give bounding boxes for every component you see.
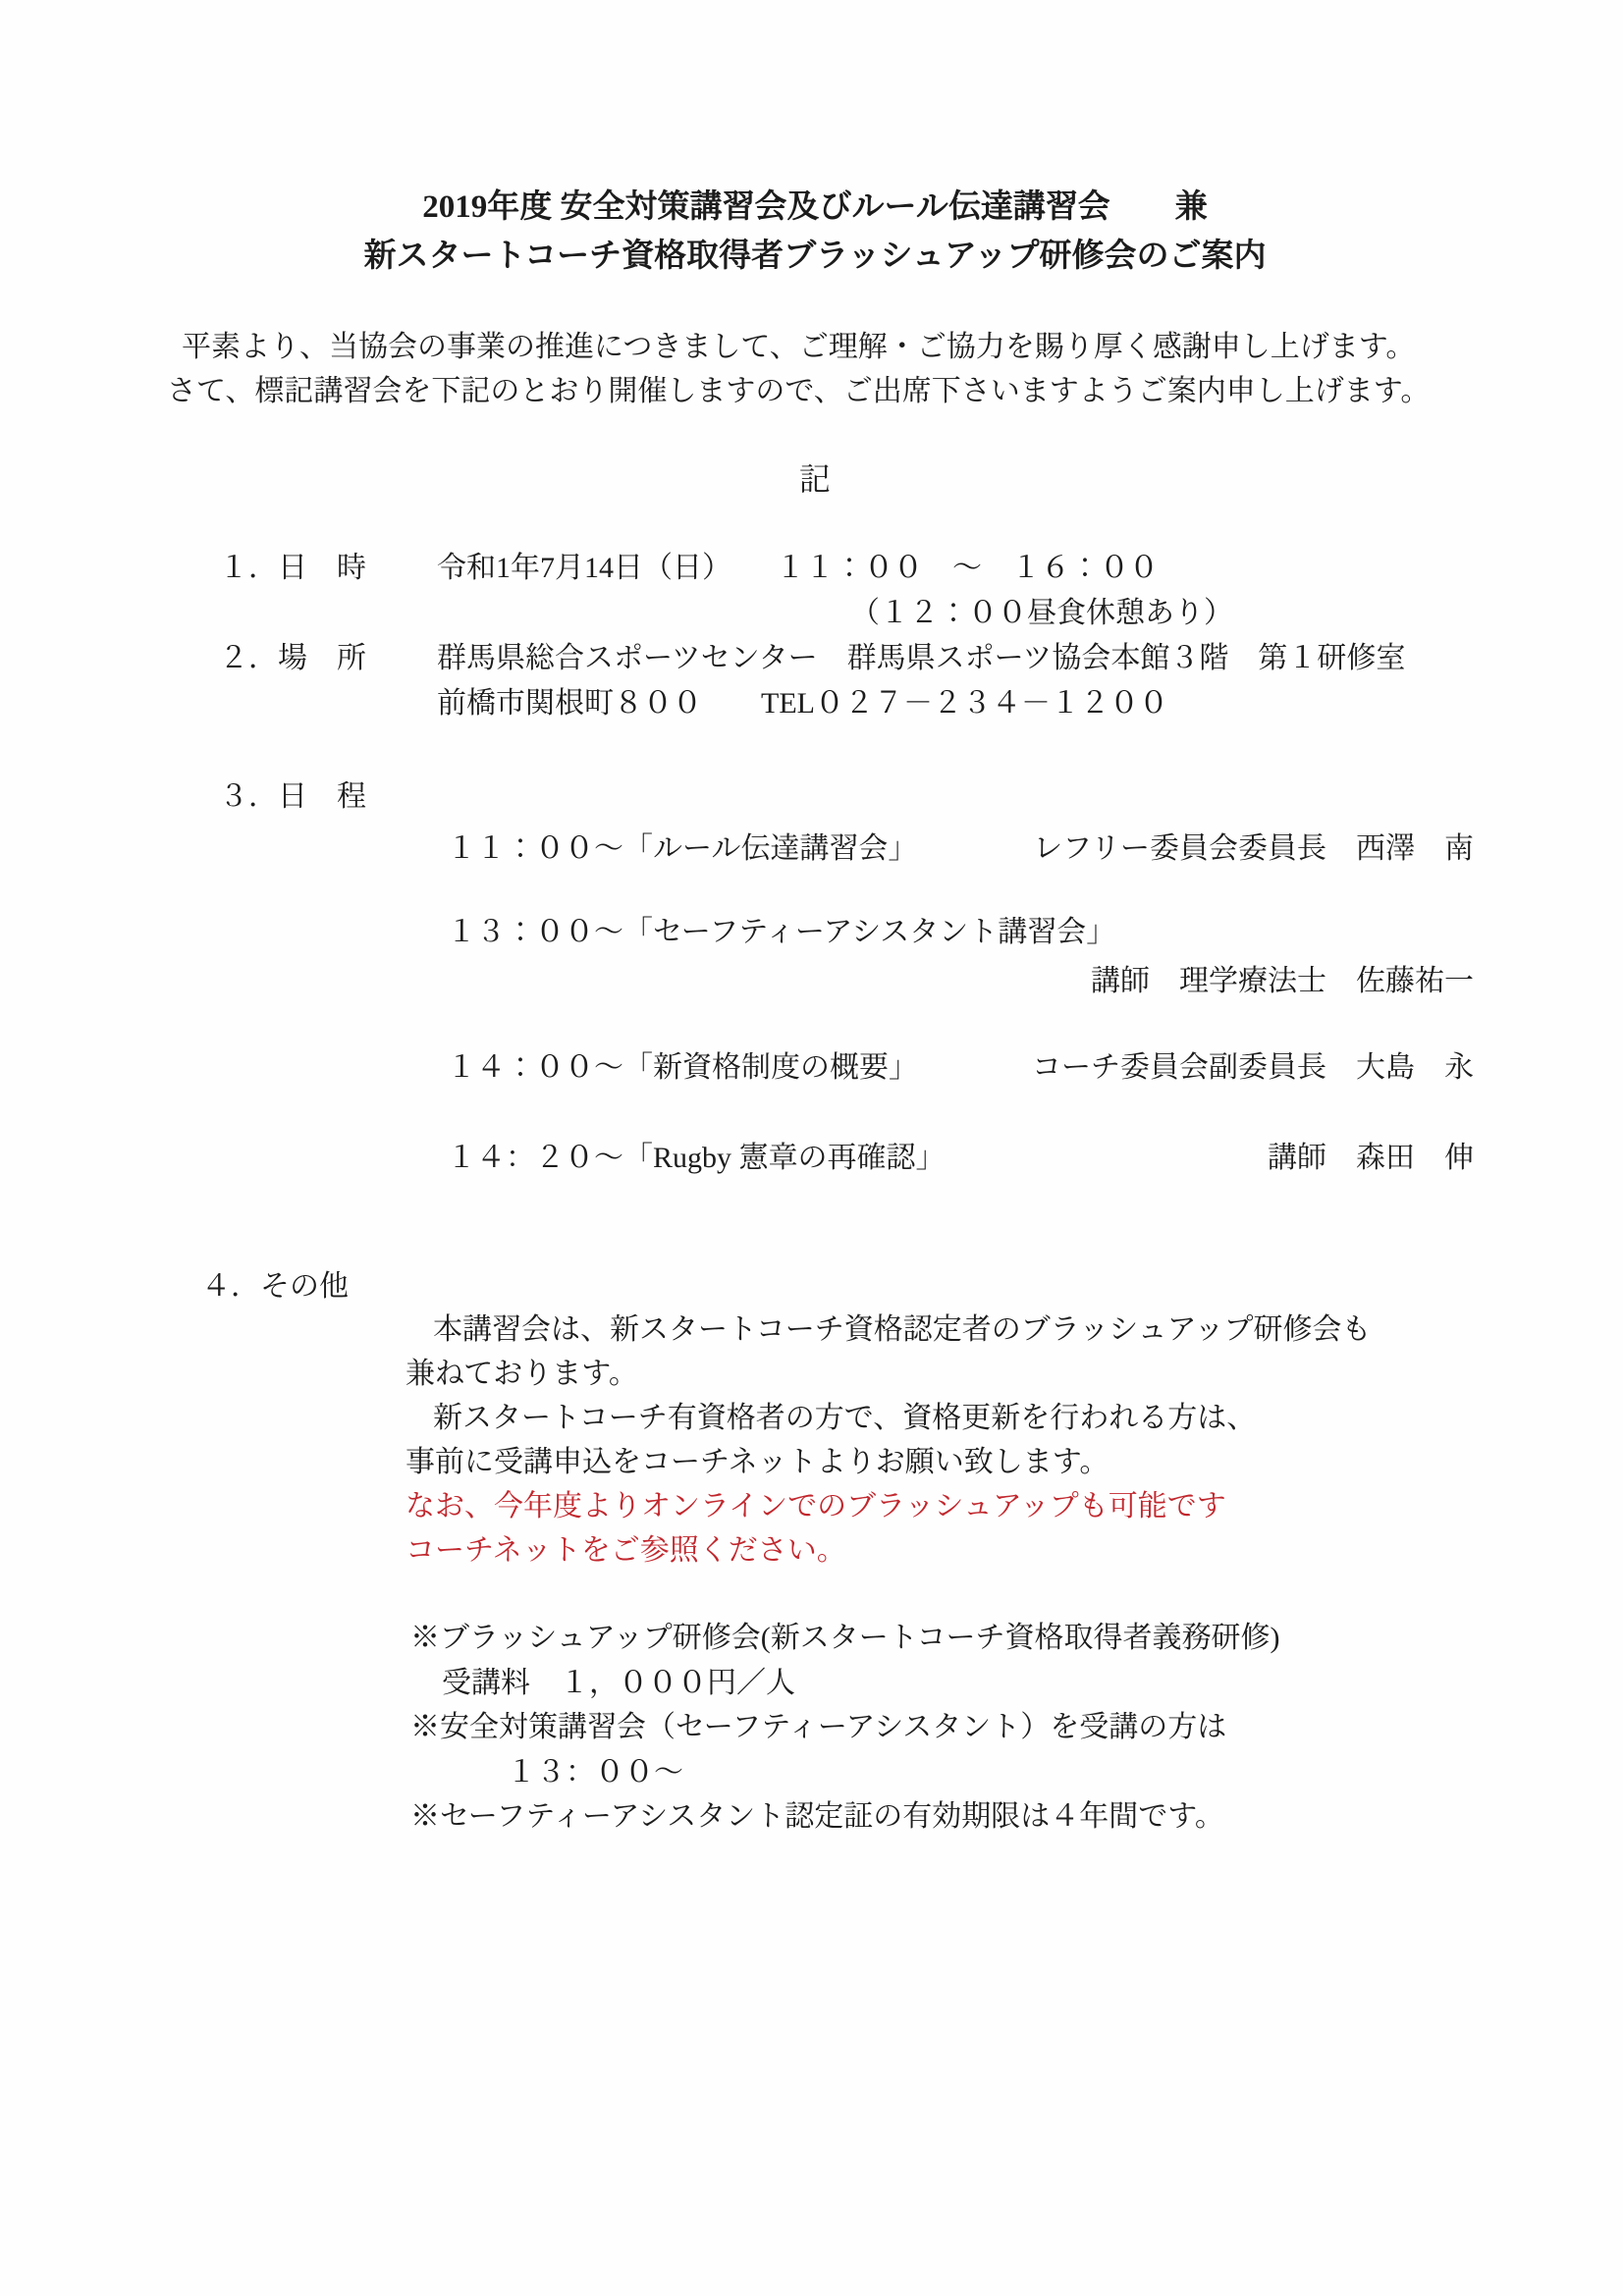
note-fee: 受講料 １，０００円／人	[410, 1665, 795, 1702]
schedule-row-1-speaker: レフリー委員会委員長 西澤 南	[1033, 824, 1474, 867]
schedule-row-3-speaker: コーチ委員会副委員長 大島 永	[1032, 1042, 1474, 1086]
other-line-6-red-emphasis: コーチネットをご参照ください。	[406, 1532, 846, 1570]
item-schedule-header: ３．日 程	[219, 778, 366, 816]
schedule-row-3-session: １４：００～「新資格制度の概要」	[447, 1042, 918, 1086]
document-title-line2: 新スタートコーチ資格取得者ブラッシュアップ研修会のご案内	[167, 236, 1463, 277]
other-line-1: 本講習会は、新スタートコーチ資格認定者のブラッシュアップ研修会も	[406, 1311, 1372, 1349]
document-title-line1: 2019年度 安全対策講習会及びルール伝達講習会 兼	[167, 187, 1463, 228]
other-line-3: 新スタートコーチ有資格者の方で、資格更新を行われる方は、	[406, 1400, 1256, 1437]
item-date-value: 令和1年7月14日（日） １１：００ ～ １６：００	[437, 552, 1159, 584]
greeting-line2: さて、標記講習会を下記のとおり開催しますので、ご出席下さいますようご案内申し上げ…	[167, 373, 1430, 410]
schedule-row-2-session: １３：００～「セーフティーアシスタント講習会」	[447, 914, 1115, 951]
item-venue-label: ２．場 所	[219, 640, 437, 677]
schedule-row-4: １４：２０～「Rugby 憲章の再確認」講師 森田 伸	[447, 1133, 1474, 1176]
note-brushup-seminar: ※ブラッシュアップ研修会(新スタートコーチ資格取得者義務研修)	[410, 1620, 1279, 1657]
record-marker: 記	[167, 454, 1463, 500]
item-venue-value: 群馬県総合スポーツセンター 群馬県スポーツ協会本館３階 第１研修室	[437, 642, 1405, 674]
note-safety-course-time: １３：００～	[410, 1754, 683, 1791]
schedule-row-2-speaker: 講師 理学療法士 佐藤祐一	[447, 956, 1474, 999]
schedule-row-3: １４：００～「新資格制度の概要」コーチ委員会副委員長 大島 永	[447, 1042, 1474, 1086]
item-date-row: １．日 時令和1年7月14日（日） １１：００ ～ １６：００	[219, 550, 1159, 587]
item-venue-row: ２．場 所群馬県総合スポーツセンター 群馬県スポーツ協会本館３階 第１研修室	[219, 640, 1405, 677]
item-venue-address: 前橋市関根町８００ TEL０２７－２３４－１２００	[437, 685, 1168, 722]
greeting-line1: 平素より、当協会の事業の推進につきまして、ご理解・ご協力を賜り厚く感謝申し上げま…	[167, 329, 1415, 366]
note-certificate-validity: ※セーフティーアシスタント認定証の有効期限は４年間です。	[410, 1798, 1224, 1836]
other-line-4: 事前に受講申込をコーチネットよりお願い致します。	[406, 1444, 1109, 1481]
other-line-5-red-emphasis: なお、今年度よりオンラインでのブラッシュアップも可能です	[406, 1488, 1226, 1525]
document-page: 2019年度 安全対策講習会及びルール伝達講習会 兼 新スタートコーチ資格取得者…	[0, 0, 1623, 2296]
schedule-row-1: １１：００～「ルール伝達講習会」レフリー委員会委員長 西澤 南	[447, 824, 1474, 867]
schedule-row-1-session: １１：００～「ルール伝達講習会」	[447, 824, 917, 867]
schedule-row-4-session: １４：２０～「Rugby 憲章の再確認」	[447, 1133, 946, 1176]
other-line-2: 兼ねております。	[406, 1356, 638, 1393]
item-date-lunch-note: （１２：００昼食休憩あり）	[850, 595, 1233, 632]
note-safety-course: ※安全対策講習会（セーフティーアシスタント）を受講の方は	[410, 1709, 1226, 1746]
item-other-header: ４．その他	[201, 1268, 349, 1306]
schedule-row-4-speaker: 講師 森田 伸	[1268, 1133, 1474, 1176]
item-date-label: １．日 時	[219, 550, 437, 587]
